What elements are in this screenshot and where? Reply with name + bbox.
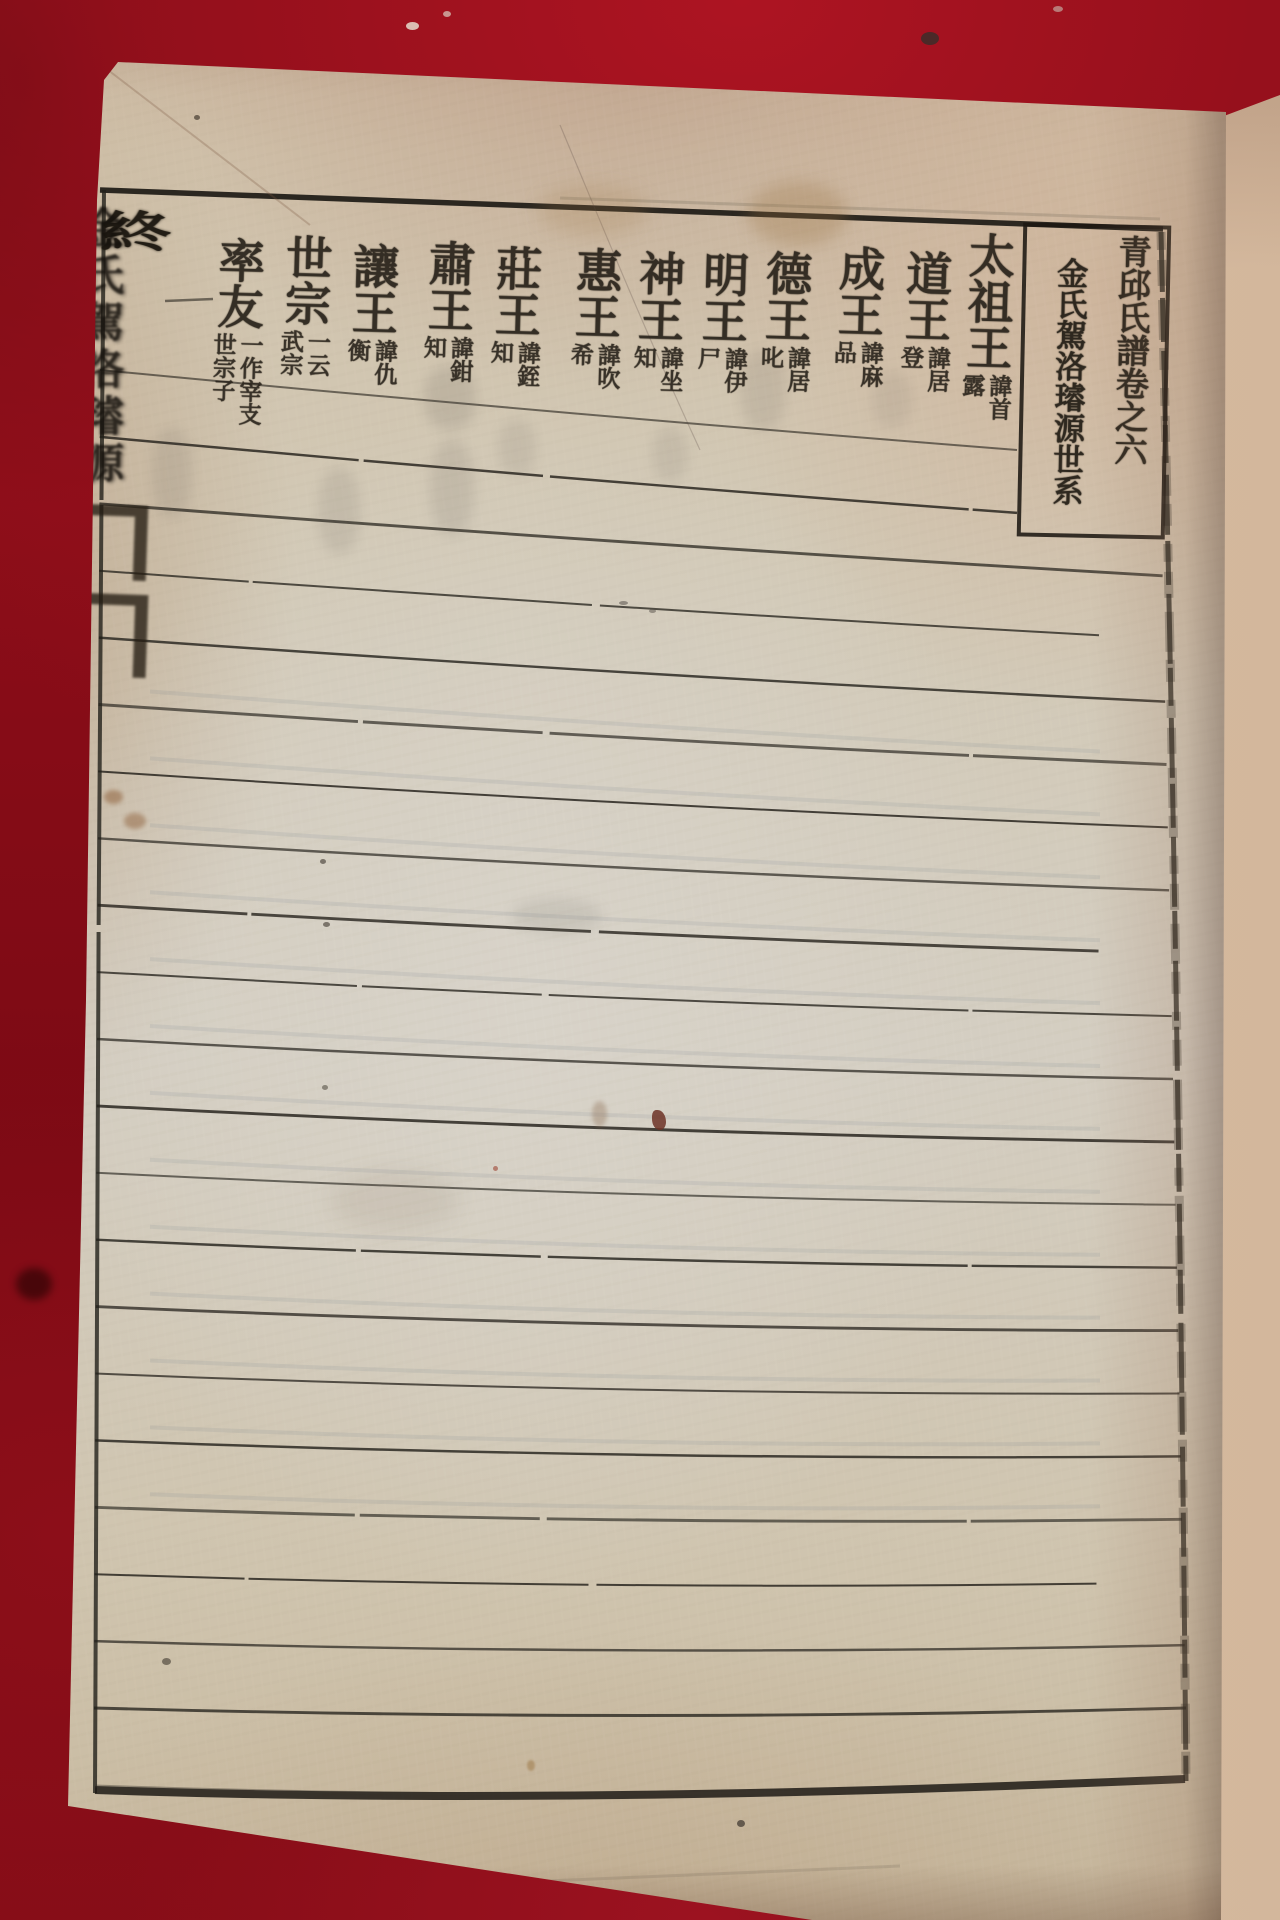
annotation-left: 武宗	[276, 329, 304, 376]
annotation-left: 叱	[756, 345, 784, 392]
volume-title-left-column: 金氏駕洛璿源世系	[1033, 233, 1101, 534]
book-photo-scene: 終 金氏駕洛璿源 青邱氏譜卷之六 金氏駕洛璿源世系 太祖王諱首露道王諱居登成王諱…	[0, 0, 1280, 1920]
volume-title-box: 青邱氏譜卷之六 金氏駕洛璿源世系	[1017, 222, 1172, 539]
king-annotation: 諱吹希	[566, 342, 621, 389]
felt-shadow-spot	[16, 1268, 52, 1300]
annotation-left: 品	[829, 340, 857, 387]
volume-title-right-column: 青邱氏譜卷之六	[1095, 234, 1165, 535]
lineage-column: 神王諱坐知	[627, 249, 689, 393]
lint-speck	[1053, 6, 1063, 12]
lint-speck	[443, 11, 451, 17]
king-name: 世宗	[276, 233, 335, 327]
king-name: 率友	[209, 236, 268, 330]
annotation-right: 一作宰支	[234, 333, 264, 426]
annotation-left: 知	[486, 340, 514, 387]
king-name: 惠王	[566, 246, 625, 340]
annotation-right: 諱首	[984, 374, 1012, 421]
ink-speck	[162, 1658, 171, 1665]
king-annotation: 諱麻品	[829, 340, 884, 387]
annotation-left: 知	[629, 345, 657, 392]
annotation-right: 諱坐	[656, 346, 684, 393]
annotation-left: 登	[896, 345, 924, 392]
king-name: 太祖王	[958, 231, 1018, 371]
king-annotation: 諱坐知	[629, 345, 684, 392]
annotation-right: 諱仇	[370, 339, 398, 386]
king-name: 神王	[629, 249, 688, 343]
lineage-column: 肅王諱鉗知	[417, 239, 479, 383]
king-name: 肅王	[419, 239, 478, 333]
lineage-column: 讓王諱仇衡	[341, 242, 403, 386]
annotation-right: 諱銍	[513, 341, 541, 388]
king-name: 莊王	[486, 244, 545, 338]
showthrough-glyph	[498, 420, 536, 476]
grey-smudge	[512, 898, 602, 934]
king-name: 成王	[829, 244, 888, 338]
annotation-left: 希	[566, 342, 594, 389]
showthrough-glyph	[430, 440, 474, 536]
king-annotation: 諱鉗知	[419, 335, 474, 382]
ink-speck	[322, 1085, 328, 1090]
annotation-right: 諱麻	[856, 341, 884, 388]
annotation-left: 世宗子	[207, 332, 237, 425]
brown-stain	[538, 184, 648, 236]
showthrough-glyph	[318, 468, 360, 554]
lineage-column: 率友一作宰支世宗子	[205, 236, 268, 426]
book-page: 終 金氏駕洛璿源 青邱氏譜卷之六 金氏駕洛璿源世系 太祖王諱首露道王諱居登成王諱…	[0, 0, 1280, 1920]
annotation-right: 諱居	[783, 346, 811, 393]
showthrough-lines	[150, 692, 1100, 1509]
lineage-column: 太祖王諱首露	[955, 231, 1018, 421]
king-name: 明王	[693, 250, 752, 344]
ink-speck	[619, 601, 628, 605]
annotation-right: 諱吹	[593, 343, 621, 390]
printed-rule-lines	[94, 370, 1186, 1716]
king-annotation: 諱居叱	[756, 345, 811, 392]
lineage-column: 道王諱居登	[894, 249, 956, 393]
king-annotation: 諱首露	[957, 373, 1012, 420]
king-annotation: 一作宰支世宗子	[207, 332, 264, 425]
annotation-right: 諱鉗	[446, 336, 474, 383]
faint-smudge	[592, 1101, 607, 1127]
lint-speck	[921, 32, 939, 45]
lineage-column: 明王諱伊尸	[691, 250, 753, 394]
annotation-left: 露	[957, 373, 985, 420]
king-name: 讓王	[343, 242, 402, 336]
brown-spot	[104, 790, 123, 804]
showthrough-glyph	[652, 428, 688, 482]
king-annotation: 諱仇衡	[343, 338, 398, 385]
red-dot	[493, 1166, 498, 1171]
king-annotation: 諱伊尸	[693, 346, 748, 393]
brown-spot	[124, 813, 146, 829]
king-name: 道王	[896, 249, 955, 343]
king-annotation: 諱銍知	[486, 340, 541, 387]
annotation-left: 尸	[693, 346, 721, 393]
lineage-column: 成王諱麻品	[827, 244, 889, 388]
annotation-left: 知	[419, 335, 447, 382]
ink-speck	[194, 115, 200, 120]
ink-speck	[737, 1820, 745, 1827]
lineage-column: 惠王諱吹希	[564, 246, 626, 390]
red-fleck	[652, 1110, 666, 1130]
annotation-right: 一云	[303, 330, 331, 377]
ink-speck	[323, 922, 330, 927]
lineage-column: 德王諱居叱	[754, 249, 816, 393]
king-annotation: 諱居登	[896, 345, 951, 392]
ink-speck	[649, 609, 656, 613]
annotation-right: 諱居	[923, 346, 951, 393]
lineage-column: 世宗一云武宗	[274, 233, 336, 377]
king-name: 德王	[756, 249, 815, 343]
brown-stain	[748, 182, 848, 246]
faint-stain	[330, 1170, 460, 1230]
annotation-right: 諱伊	[720, 347, 748, 394]
ink-speck	[320, 859, 326, 864]
lineage-column: 莊王諱銍知	[484, 244, 546, 388]
lint-speck	[406, 22, 419, 30]
king-annotation: 一云武宗	[276, 329, 331, 376]
showthrough-glyph	[152, 428, 192, 518]
stain-dot	[527, 1760, 535, 1771]
annotation-left: 衡	[343, 338, 371, 385]
